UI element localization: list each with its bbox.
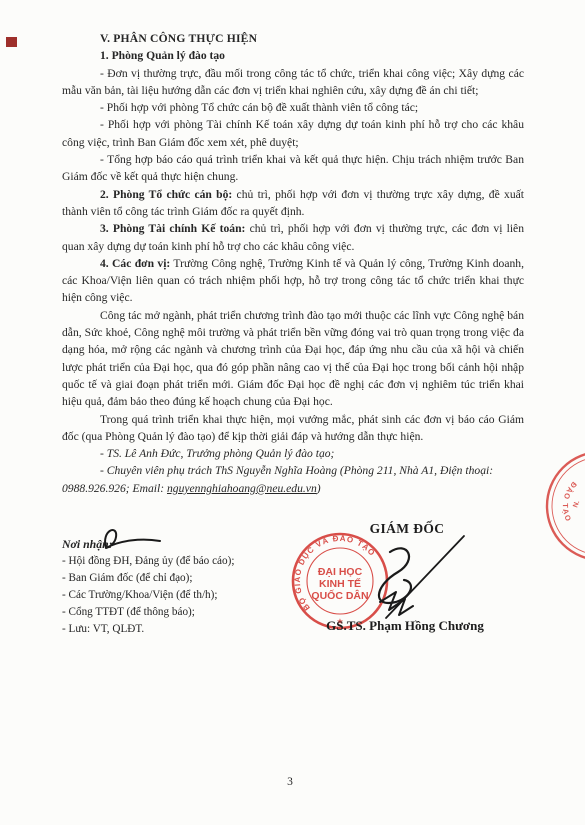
bullet-4: - Tổng hợp báo cáo quá trình triển khai …: [62, 151, 524, 186]
heading-3: 3. Phòng Tài chính Kế toán: chủ trì, phố…: [62, 220, 524, 255]
body-paragraph-1: Công tác mở ngành, phát triển chương trì…: [62, 307, 524, 411]
recipient-item: - Lưu: VT, QLĐT.: [62, 621, 272, 638]
recipients-label: Nơi nhận:: [62, 536, 272, 553]
edge-stamp-letter: N.: [572, 500, 581, 509]
scanned-document-page: V. PHÂN CÔNG THỰC HIỆN1. Phòng Quản lý đ…: [0, 0, 585, 825]
email-address: nguyennghiahoang@neu.edu.vn: [167, 482, 317, 495]
bullet-2: - Phối hợp với phòng Tổ chức cán bộ đề x…: [62, 99, 524, 116]
red-corner-mark: [6, 37, 17, 47]
recipients-block: Nơi nhận: - Hội đồng ĐH, Đảng ủy (để báo…: [62, 536, 272, 638]
contact-2: - Chuyên viên phụ trách ThS Nguyễn Nghĩa…: [62, 462, 524, 497]
heading-4: 4. Các đơn vị: Trường Công nghệ, Trường …: [62, 255, 524, 307]
recipient-item: - Ban Giám đốc (để chỉ đạo);: [62, 570, 272, 587]
recipients-list: - Hội đồng ĐH, Đảng ủy (để báo cáo);- Ba…: [62, 553, 272, 638]
recipient-item: - Các Trường/Khoa/Viện (để th/h);: [62, 587, 272, 604]
bullet-1: - Đơn vị thường trực, đầu mối trong công…: [62, 65, 524, 100]
paragraph-lead: 3. Phòng Tài chính Kế toán:: [100, 222, 245, 235]
heading-2: 2. Phòng Tổ chức cán bộ: chủ trì, phối h…: [62, 186, 524, 221]
recipient-item: - Cổng TTĐT (để thông báo);: [62, 604, 272, 621]
signer-name: GS.TS. Phạm Hồng Chương: [310, 618, 500, 634]
contact-1: - TS. Lê Anh Đức, Trưởng phòng Quản lý đ…: [62, 445, 524, 462]
document-body: V. PHÂN CÔNG THỰC HIỆN1. Phòng Quản lý đ…: [62, 30, 524, 497]
heading-1: 1. Phòng Quản lý đào tạo: [62, 47, 524, 64]
section-title: V. PHÂN CÔNG THỰC HIỆN: [62, 30, 524, 47]
body-paragraph-2: Trong quá trình triển khai thực hiện, mọ…: [62, 411, 524, 446]
bullet-3: - Phối hợp với phòng Tài chính Kế toán x…: [62, 116, 524, 151]
paragraph-lead: 2. Phòng Tổ chức cán bộ:: [100, 188, 232, 201]
partial-edge-stamp: ĐÀO TẠO N.: [537, 448, 585, 564]
recipient-item: - Hội đồng ĐH, Đảng ủy (để báo cáo);: [62, 553, 272, 570]
page-number: 3: [250, 776, 330, 788]
paragraph-lead: 4. Các đơn vị:: [100, 257, 170, 270]
